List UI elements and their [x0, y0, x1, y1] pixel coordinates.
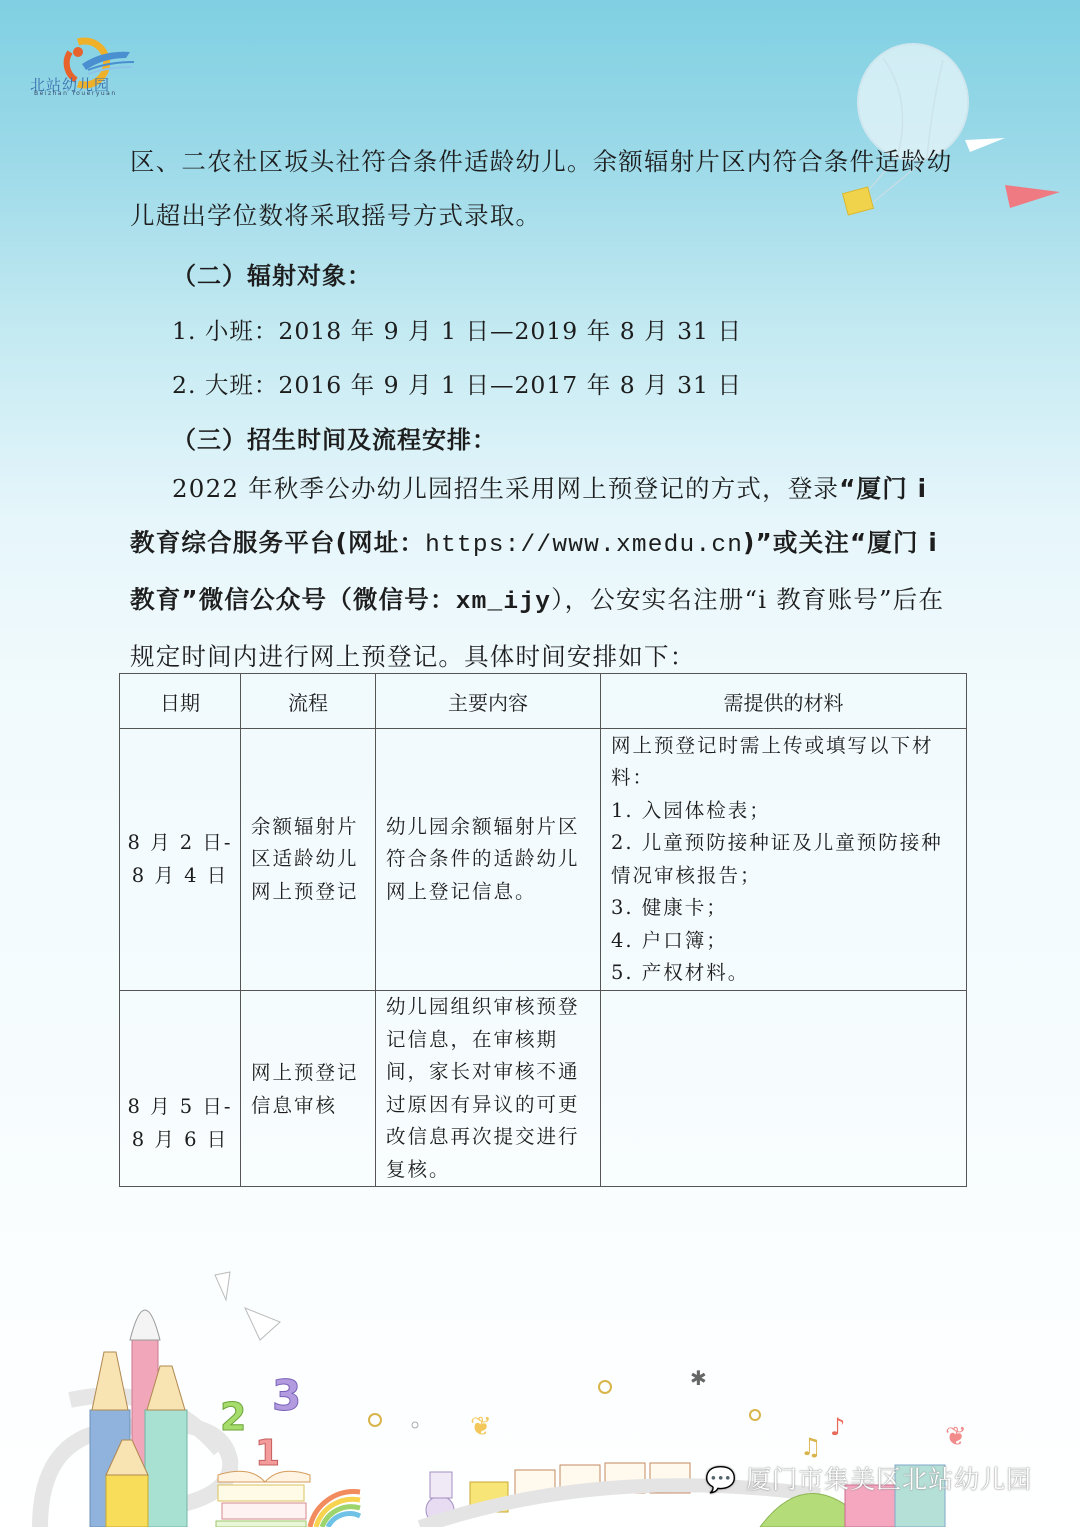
platform-url-link[interactable]: https://www.xmedu.cn: [425, 532, 743, 559]
date-start: 8 月 2 日-: [120, 827, 240, 860]
header-materials: 需提供的材料: [601, 674, 967, 729]
pencils-icon: [90, 1310, 187, 1527]
paper-plane-icon: [215, 1272, 230, 1300]
music-note-icon: ♪: [830, 1413, 845, 1441]
materials-list: 1. 入园体检表； 2. 儿童预防接种证及儿童预防接种情况审核报告； 3. 健康…: [611, 795, 958, 990]
cell-content: 幼儿园余额辐射片区符合条件的适龄幼儿网上登记信息。: [376, 729, 601, 991]
number-1-icon: 1: [255, 1433, 280, 1474]
rainbow-icon: [310, 1492, 360, 1527]
cell-materials: 网上预登记时需上传或填写以下材料： 1. 入园体检表； 2. 儿童预防接种证及儿…: [601, 729, 967, 991]
table-header-row: 日期 流程 主要内容 需提供的材料: [120, 674, 967, 729]
schedule-table: 日期 流程 主要内容 需提供的材料 8 月 2 日- 8 月 4 日 余额辐射片…: [119, 673, 967, 1187]
watermark-text: 厦门市集美区北站幼儿园: [746, 1465, 1032, 1494]
paragraph-continuation: 区、二农社区坂头社符合条件适龄幼儿。余额辐射片区内符合条件适龄幼儿超出学位数将采…: [130, 135, 960, 243]
material-item: 2. 儿童预防接种证及儿童预防接种情况审核报告；: [611, 827, 958, 892]
cell-materials: [601, 991, 967, 1187]
butterfly-icon: ❦: [945, 1422, 967, 1452]
paper-plane-icon: [1005, 185, 1060, 208]
paper-plane-icon: [245, 1308, 280, 1340]
section-heading-targets: （二）辐射对象：: [172, 256, 372, 291]
header-date: 日期: [120, 674, 241, 729]
number-3-icon: 3: [272, 1371, 301, 1420]
cell-date: 8 月 5 日- 8 月 6 日: [120, 991, 241, 1187]
material-item: 4. 户口簿；: [611, 925, 958, 958]
date-end: 8 月 4 日: [120, 860, 240, 893]
material-item: 3. 健康卡；: [611, 892, 958, 925]
header-content: 主要内容: [376, 674, 601, 729]
intro-paragraph: 2022 年秋季公办幼儿园招生采用网上预登记的方式，登录“厦门 i 教育综合服务…: [130, 462, 960, 684]
section-heading-schedule: （三）招生时间及流程安排：: [172, 420, 497, 455]
star-icon: ✱: [690, 1366, 707, 1390]
logo-pinyin: Beizhan Youeryuan: [34, 90, 117, 97]
cell-process: 余额辐射片区适龄幼儿网上预登记: [241, 729, 376, 991]
header-process: 流程: [241, 674, 376, 729]
material-item: 1. 入园体检表；: [611, 795, 958, 828]
wechat-id: xm_ijy: [456, 589, 551, 616]
butterfly-icon: ❦: [470, 1412, 492, 1442]
paper-plane-icon: [965, 138, 1005, 152]
cell-date: 8 月 2 日- 8 月 4 日: [120, 729, 241, 991]
date-start: 8 月 5 日-: [120, 1091, 240, 1124]
material-item: 5. 产权材料。: [611, 957, 958, 990]
wechat-icon: 💬: [705, 1465, 737, 1494]
target-item-big-class: 2. 大班：2016 年 9 月 1 日—2017 年 8 月 31 日: [172, 366, 742, 400]
wechat-watermark: 💬 厦门市集美区北站幼儿园: [705, 1460, 1032, 1496]
date-end: 8 月 6 日: [120, 1124, 240, 1157]
cell-content: 幼儿园组织审核预登记信息，在审核期间，家长对审核不通过原因有异议的可更改信息再次…: [376, 991, 601, 1187]
materials-intro: 网上预登记时需上传或填写以下材料：: [611, 730, 958, 795]
cell-process: 网上预登记信息审核: [241, 991, 376, 1187]
music-note-icon: ♫: [800, 1433, 822, 1461]
table-row: 8 月 5 日- 8 月 6 日 网上预登记信息审核 幼儿园组织审核预登记信息，…: [120, 991, 967, 1187]
books-icon: [216, 1471, 310, 1527]
table-row: 8 月 2 日- 8 月 4 日 余额辐射片区适龄幼儿网上预登记 幼儿园余额辐射…: [120, 729, 967, 991]
number-2-icon: 2: [220, 1395, 246, 1439]
target-item-small-class: 1. 小班：2018 年 9 月 1 日—2019 年 8 月 31 日: [172, 312, 742, 346]
intro-text: 2022 年秋季公办幼儿园招生采用网上预登记的方式，登录: [172, 474, 839, 503]
